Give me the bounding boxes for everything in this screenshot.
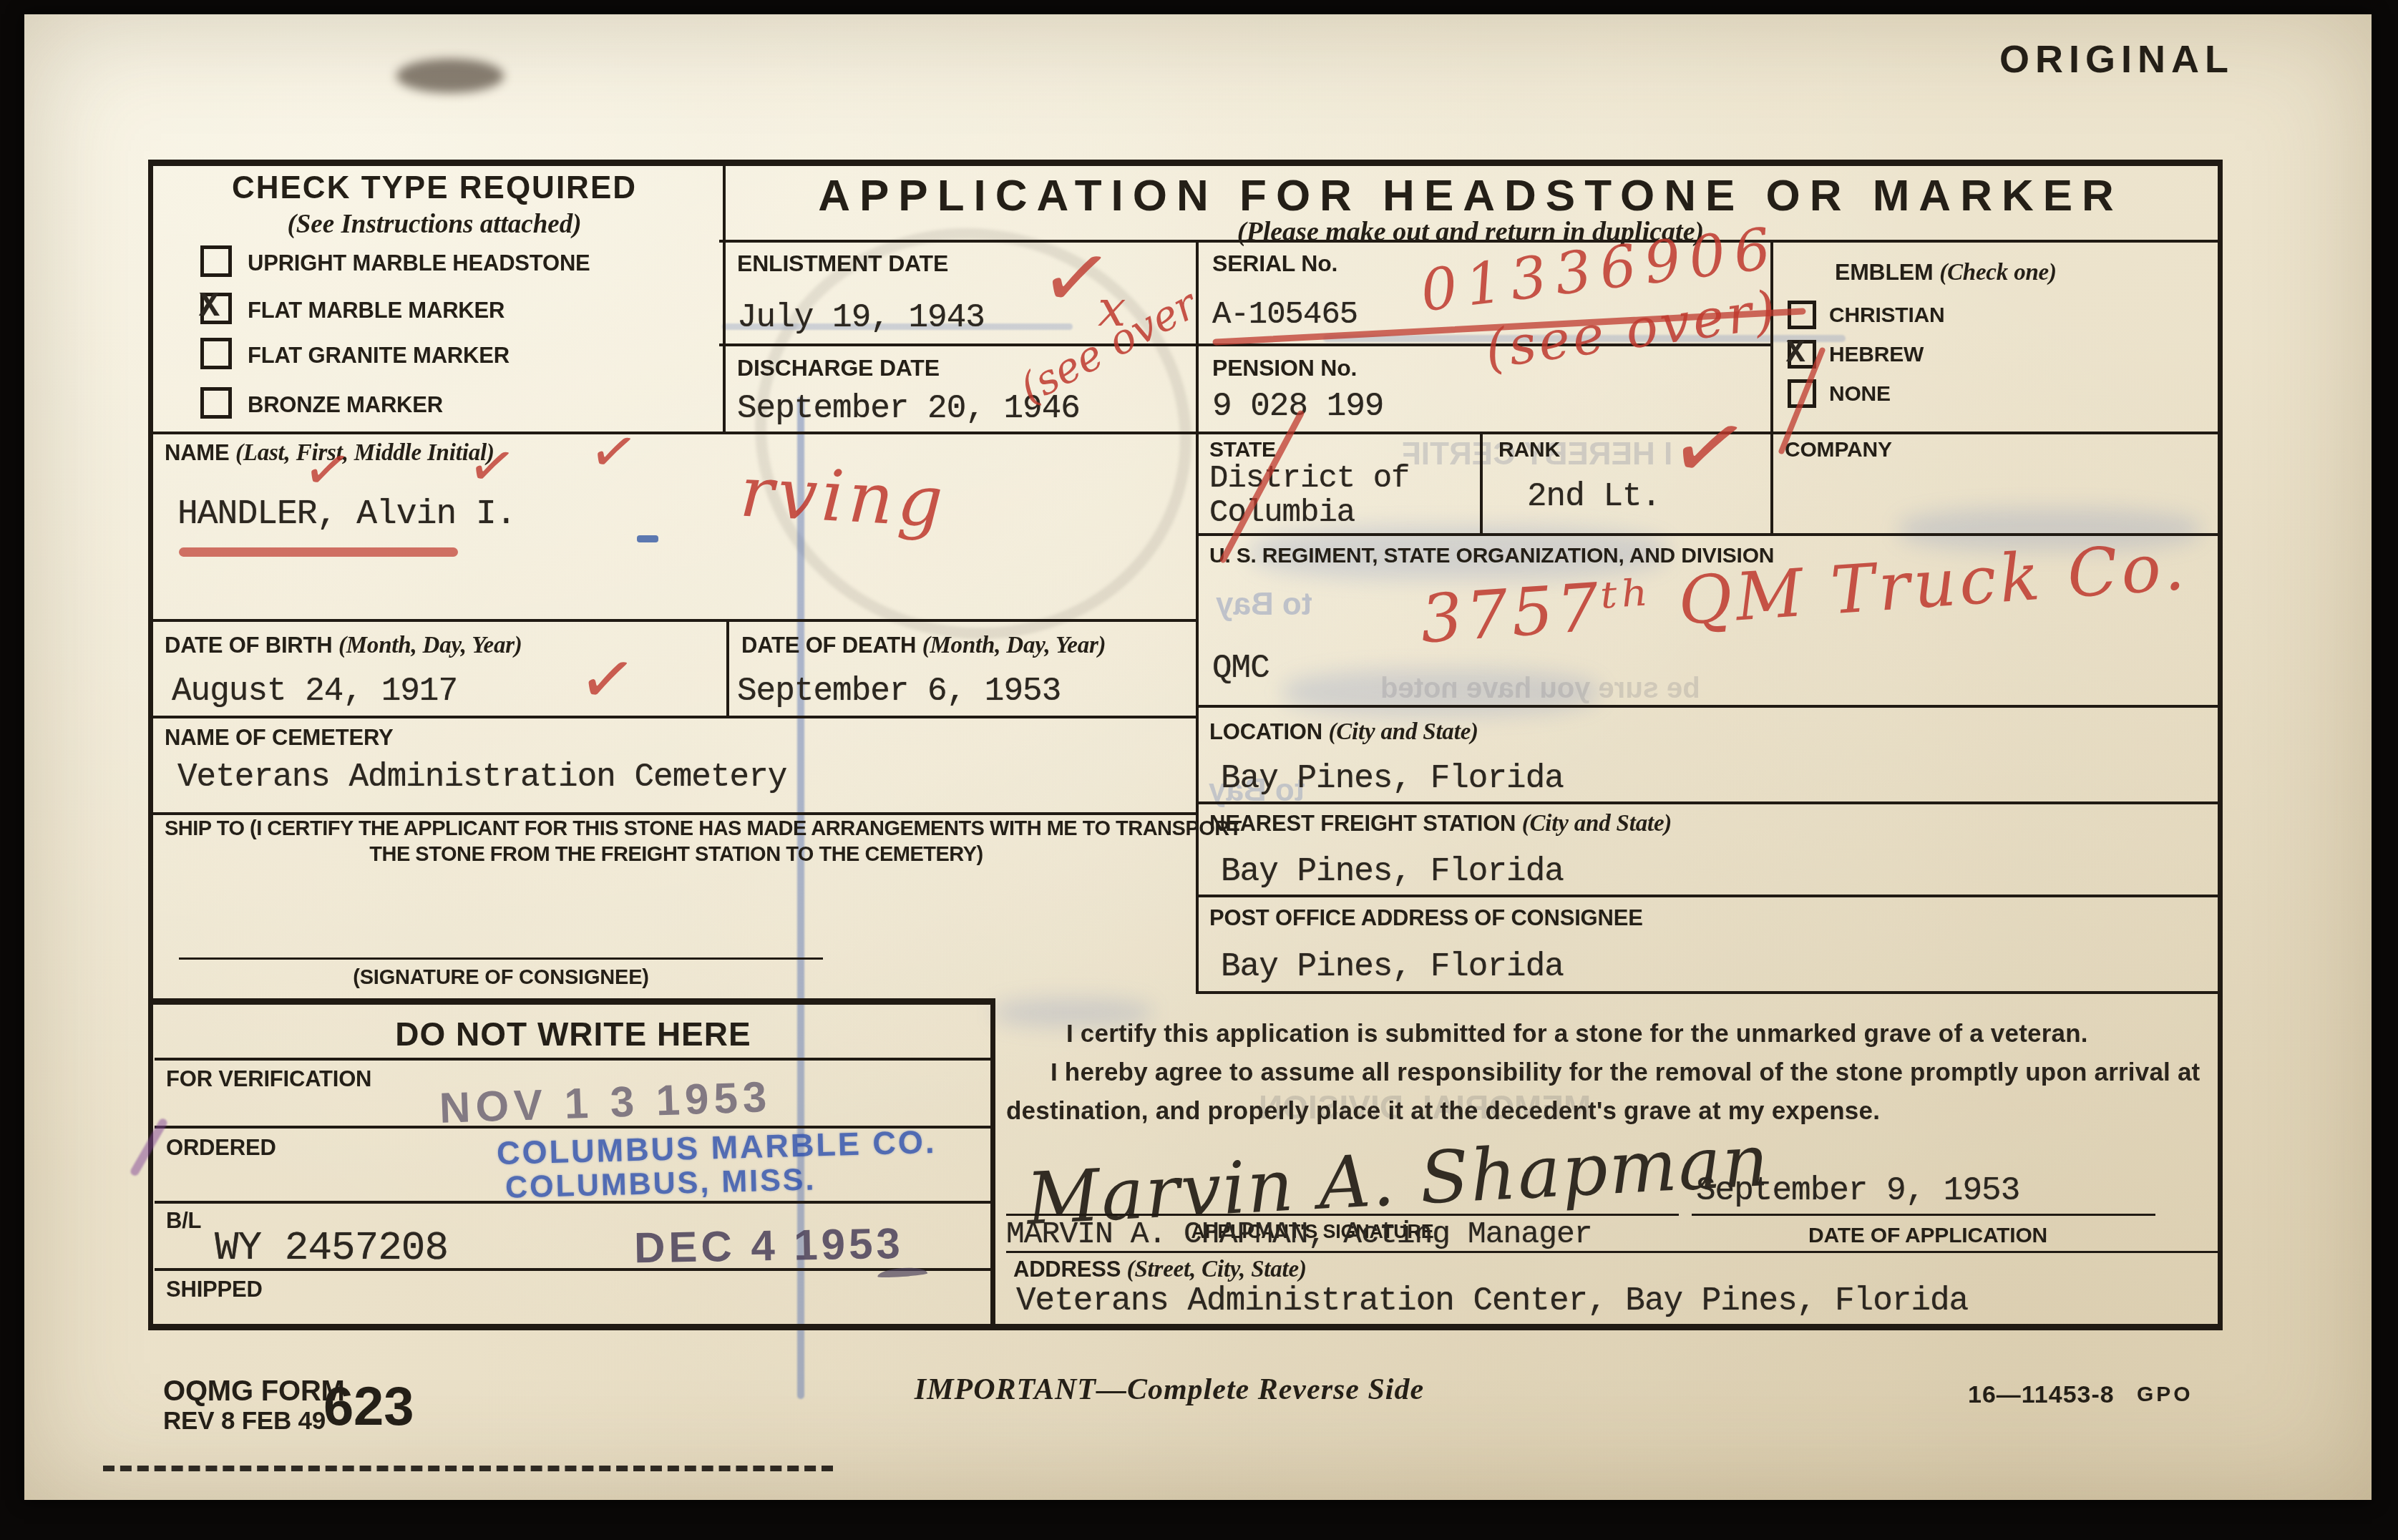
dnw-bl-value: WY 2457208: [215, 1225, 448, 1271]
checkbox-x-flat-marble: X: [199, 288, 219, 326]
state-value-line1: District of: [1209, 461, 1409, 497]
bleedthrough-text-tobay-1: to Bay: [1216, 587, 1312, 623]
location-label: LOCATION (City and State): [1209, 719, 1478, 746]
regiment-value: QMC: [1212, 650, 1269, 687]
freight-label: NEAREST FREIGHT STATION (City and State): [1209, 811, 1672, 837]
footer-important: IMPORTANT—Complete Reverse Side: [847, 1373, 1491, 1407]
consignee-signature-label: (SIGNATURE OF CONSIGNEE): [286, 966, 716, 990]
dnw-ordered-label: ORDERED: [166, 1135, 276, 1161]
red-check-dob: ✓: [574, 637, 641, 723]
application-date-line: [1692, 1214, 2155, 1216]
state-value-line2: Columbia: [1209, 495, 1355, 531]
serial-no-value: A-105465: [1212, 297, 1358, 333]
scanned-document: I HEREBY CERTIF be sure you have noted M…: [0, 0, 2398, 1540]
border-bottom: [148, 1324, 2222, 1330]
rank-label: RANK: [1498, 438, 1560, 462]
border-top: [148, 160, 2222, 166]
shipto-label-line2: THE STONE FROM THE FREIGHT STATION TO TH…: [165, 843, 1188, 867]
checkbox-label-bronze: BRONZE MARKER: [248, 392, 443, 418]
emblem-label-hebrew: HEBREW: [1829, 343, 1924, 367]
rule-above-address: [1006, 1251, 2218, 1253]
bleedthrough-text-noted: be sure you have noted: [1380, 673, 1700, 705]
stamp-columbus-marble-line2: COLUMBUS, MISS.: [505, 1162, 817, 1205]
rule-under-regiment: [1196, 705, 2218, 708]
address-label: ADDRESS (Street, City, State): [1013, 1257, 1307, 1283]
enlistment-date-label: ENLISTMENT DATE: [737, 250, 948, 277]
certification-para2: I hereby agree to assume all responsibil…: [1006, 1053, 2223, 1131]
applicant-name-typed: MARVIN A. CHAPMAN, Acting Manager: [1006, 1217, 1592, 1252]
application-date-value: September 9, 1953: [1696, 1172, 2019, 1209]
serial-no-label: SERIAL No.: [1212, 250, 1337, 277]
checktype-subtitle: (See Instructions attached): [184, 209, 685, 240]
checkbox-x-hebrew: X: [1786, 336, 1804, 371]
perforation-edge: [103, 1466, 833, 1471]
dnw-bl-label: B/L: [166, 1208, 201, 1234]
dod-label-paren: (Month, Day, Year): [922, 633, 1106, 658]
applicant-signature-line: [1006, 1214, 1679, 1216]
freight-label-paren: (City and State): [1522, 811, 1672, 837]
state-label: STATE: [1209, 438, 1276, 462]
company-label: COMPANY: [1785, 438, 1892, 462]
location-value: Bay Pines, Florida: [1221, 760, 1564, 797]
freight-label-main: NEAREST FREIGHT STATION: [1209, 811, 1516, 836]
address-label-paren: (Street, City, State): [1127, 1257, 1307, 1282]
address-label-main: ADDRESS: [1013, 1257, 1121, 1282]
divider-serial-col: [1196, 240, 1199, 991]
dnw-rule-1: [155, 1058, 990, 1061]
rule-under-po: [1196, 991, 2218, 994]
red-check-rank: ✓: [1659, 386, 1758, 509]
paper-sheet: I HEREBY CERTIF be sure you have noted M…: [24, 14, 2372, 1500]
po-consignee-value: Bay Pines, Florida: [1221, 948, 1564, 985]
emblem-label-none: NONE: [1829, 382, 1891, 406]
form-subtitle: (Please make out and return in duplicate…: [755, 216, 2186, 248]
emblem-label: EMBLEM (Check one): [1835, 259, 2057, 286]
checkbox-label-flat-marble: FLAT MARBLE MARKER: [248, 298, 505, 323]
footer-form-line2: REV 8 FEB 49: [163, 1407, 326, 1436]
emblem-label-christian: CHRISTIAN: [1829, 303, 1945, 328]
border-right: [2218, 160, 2223, 1330]
rule-above-dob: [148, 619, 1196, 622]
stamp-nov-13-1953: NOV 1 3 1953: [439, 1072, 772, 1133]
divider-dob-dod: [726, 619, 729, 718]
checktype-title: CHECK TYPE REQUIRED: [184, 170, 685, 206]
divider-rank-col: [1480, 432, 1483, 536]
footer-gpo: GPO: [2137, 1383, 2193, 1407]
consignee-signature-line[interactable]: [179, 957, 823, 960]
name-label-paren: (Last, First, Middle Initial): [235, 440, 494, 466]
emblem-label-paren: (Check one): [1939, 260, 2057, 286]
stamp-dec-4-1953: DEC 4 1953: [633, 1219, 904, 1273]
dod-label: DATE OF DEATH (Month, Day, Year): [741, 633, 1106, 659]
name-value: HANDLER, Alvin I.: [177, 495, 516, 534]
blue-dash-name: [637, 535, 658, 542]
rule-above-shipto: [148, 812, 1196, 815]
red-underline-name: [179, 547, 458, 557]
dob-label-main: DATE OF BIRTH: [165, 633, 332, 658]
footer-form-line1: OQMG FORM: [163, 1375, 345, 1408]
dnw-shipped-label: SHIPPED: [166, 1277, 263, 1302]
original-label: ORIGINAL: [1999, 37, 2234, 82]
pension-no-label: PENSION No.: [1212, 355, 1357, 381]
cemetery-label: NAME OF CEMETERY: [165, 725, 393, 751]
red-check-name-3: ✓: [584, 415, 643, 489]
checkbox-flat-granite-marker[interactable]: [200, 338, 232, 369]
rank-value: 2nd Lt.: [1527, 478, 1660, 515]
checkbox-upright-marble-headstone[interactable]: [200, 245, 232, 277]
red-check-name-2: ✓: [462, 429, 521, 503]
enlistment-date-value: July 19, 1943: [737, 299, 985, 336]
divider-checktype: [723, 160, 726, 434]
application-date-label: DATE OF APPLICATION: [1727, 1224, 2128, 1248]
name-label-main: NAME: [165, 440, 229, 465]
dnw-verification-label: FOR VERIFICATION: [166, 1066, 371, 1092]
checkbox-label-flat-granite: FLAT GRANITE MARKER: [248, 343, 510, 369]
address-value: Veterans Administration Center, Bay Pine…: [1016, 1282, 1968, 1320]
dnw-rule-3: [155, 1201, 990, 1204]
location-label-main: LOCATION: [1209, 719, 1322, 744]
dob-label: DATE OF BIRTH (Month, Day, Year): [165, 633, 522, 659]
po-consignee-label: POST OFFICE ADDRESS OF CONSIGNEE: [1209, 905, 1643, 931]
emblem-label-main: EMBLEM: [1835, 259, 1933, 285]
checkbox-label-upright: UPRIGHT MARBLE HEADSTONE: [248, 250, 590, 276]
rule-above-cemetery: [148, 716, 1196, 718]
rule-under-freight: [1196, 895, 2218, 897]
certification-para1: I certify this application is submitted …: [1066, 1015, 2197, 1053]
rule-under-discharge-row: [148, 432, 2222, 434]
location-label-paren: (City and State): [1328, 719, 1478, 745]
handwriting-name-suffix: rving: [738, 452, 949, 544]
shipto-label-line1: SHIP TO (I CERTIFY THE APPLICANT FOR THI…: [165, 817, 1188, 841]
dnw-rule-4: [155, 1268, 990, 1271]
footer-print-code: 16—11453-8: [1968, 1381, 2115, 1409]
rule-under-location: [1196, 801, 2218, 804]
discharge-date-label: DISCHARGE DATE: [737, 355, 940, 381]
cemetery-value: Veterans Administration Cemetery: [177, 759, 786, 796]
stain-top-edge: [396, 59, 504, 93]
footer-form-number: 623: [323, 1375, 414, 1438]
dnw-title: DO NOT WRITE HERE: [155, 1015, 992, 1053]
freight-value: Bay Pines, Florida: [1221, 853, 1564, 890]
checkbox-bronze-marker[interactable]: [200, 387, 232, 419]
dod-value: September 6, 1953: [737, 673, 1061, 710]
form-title: APPLICATION FOR HEADSTONE OR MARKER: [755, 170, 2186, 221]
dob-label-paren: (Month, Day, Year): [338, 633, 522, 658]
dod-label-main: DATE OF DEATH: [741, 633, 916, 658]
dnw-box-top: [151, 998, 995, 1005]
dob-value: August 24, 1917: [172, 673, 457, 710]
